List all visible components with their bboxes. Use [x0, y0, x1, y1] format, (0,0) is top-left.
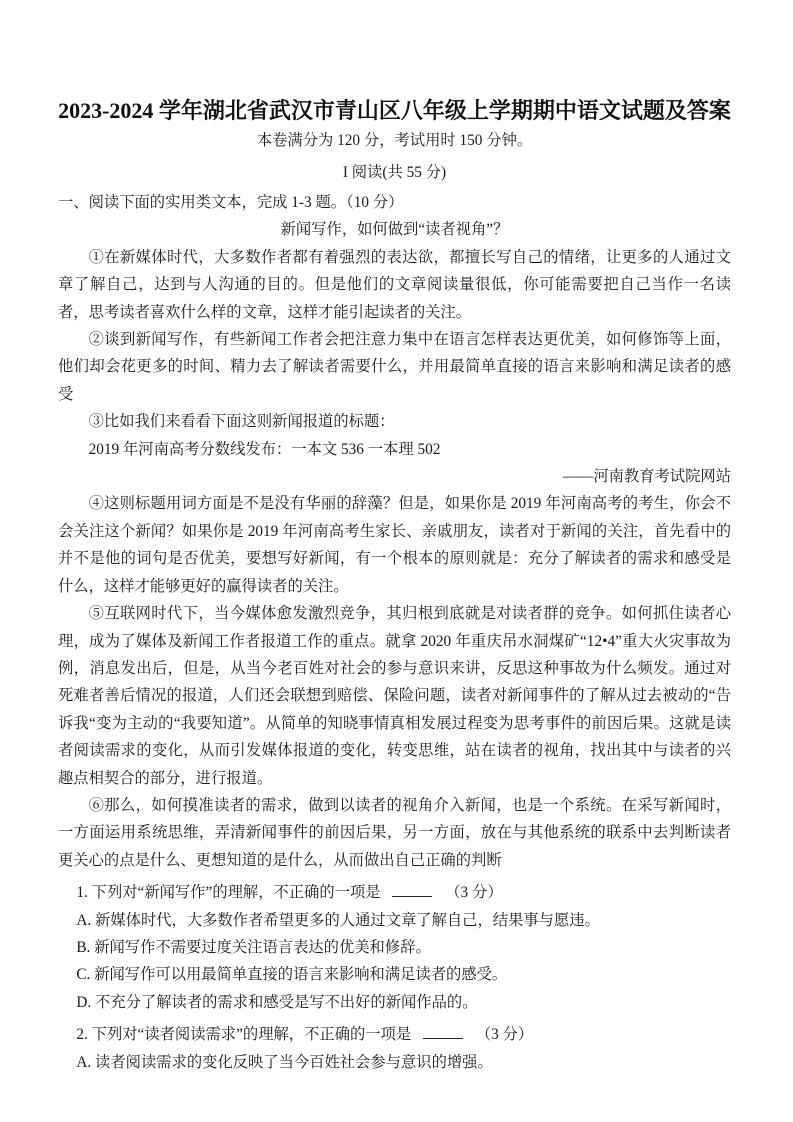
question-1-option-d: D. 不充分了解读者的需求和感受是写不出好的新闻作品的。 [58, 989, 731, 1016]
question-1-option-a: A. 新媒体时代，大多数作者希望更多的人通过文章了解自己，结果事与愿违。 [58, 907, 731, 934]
news-headline: 2019 年河南高考分数线发布：一本文 536 一本理 502 [58, 436, 731, 463]
question-2-answer-blank [423, 1024, 463, 1039]
article-paragraph-6: ⑥那么，如何摸准读者的需求，做到以读者的视角介入新闻，也是一个系统。在采写新闻时… [58, 792, 731, 874]
exam-info: 本卷满分为 120 分，考试用时 150 分钟。 [58, 129, 731, 153]
article-paragraph-5: ⑤互联网时代下，当今媒体愈发激烈竞争，其归根到底就是对读者群的竞争。如何抓住读者… [58, 600, 731, 792]
question-1-option-c: C. 新闻写作可以用最简单直接的语言来影响和满足读者的感受。 [58, 961, 731, 988]
question-1-text: 1. 下列对“新闻写作”的理解，不正确的一项是 [76, 884, 380, 901]
question-2-points: （3 分） [476, 1026, 533, 1043]
news-source-attribution: ——河南教育考试院网站 [58, 463, 731, 490]
question-group-instruction: 一、阅读下面的实用类文本，完成 1-3 题。（10 分） [58, 189, 731, 216]
exam-document-page: 2023-2024 学年湖北省武汉市青山区八年级上学期期中语文试题及答案 本卷满… [0, 0, 793, 1122]
question-2-option-a: A. 读者阅读需求的变化反映了当今百姓社会参与意识的增强。 [58, 1049, 731, 1076]
question-2-stem: 2. 下列对“读者阅读需求”的理解，不正确的一项是 （3 分） [58, 1021, 731, 1048]
article-title: 新闻写作，如何做到“读者视角”？ [58, 216, 731, 243]
section-heading: I 阅读(共 55 分) [58, 161, 731, 185]
article-paragraph-4: ④这则标题用词方面是不是没有华丽的辞藻？但是，如果你是 2019 年河南高考的考… [58, 490, 731, 600]
article-paragraph-1: ①在新媒体时代，大多数作者都有着强烈的表达欲，都擅长写自己的情绪，让更多的人通过… [58, 244, 731, 326]
article-paragraph-3: ③比如我们来看看下面这则新闻报道的标题： [58, 408, 731, 435]
question-1-stem: 1. 下列对“新闻写作”的理解，不正确的一项是 （3 分） [58, 879, 731, 906]
question-2-text: 2. 下列对“读者阅读需求”的理解，不正确的一项是 [76, 1026, 411, 1043]
article-paragraph-2: ②谈到新闻写作，有些新闻工作者会把注意力集中在语言怎样表达更优美，如何修饰等上面… [58, 326, 731, 408]
question-1-points: （3 分） [445, 884, 502, 901]
page-title: 2023-2024 学年湖北省武汉市青山区八年级上学期期中语文试题及答案 [58, 97, 731, 125]
question-1-answer-blank [392, 882, 432, 897]
question-1-option-b: B. 新闻写作不需要过度关注语言表达的优美和修辞。 [58, 934, 731, 961]
